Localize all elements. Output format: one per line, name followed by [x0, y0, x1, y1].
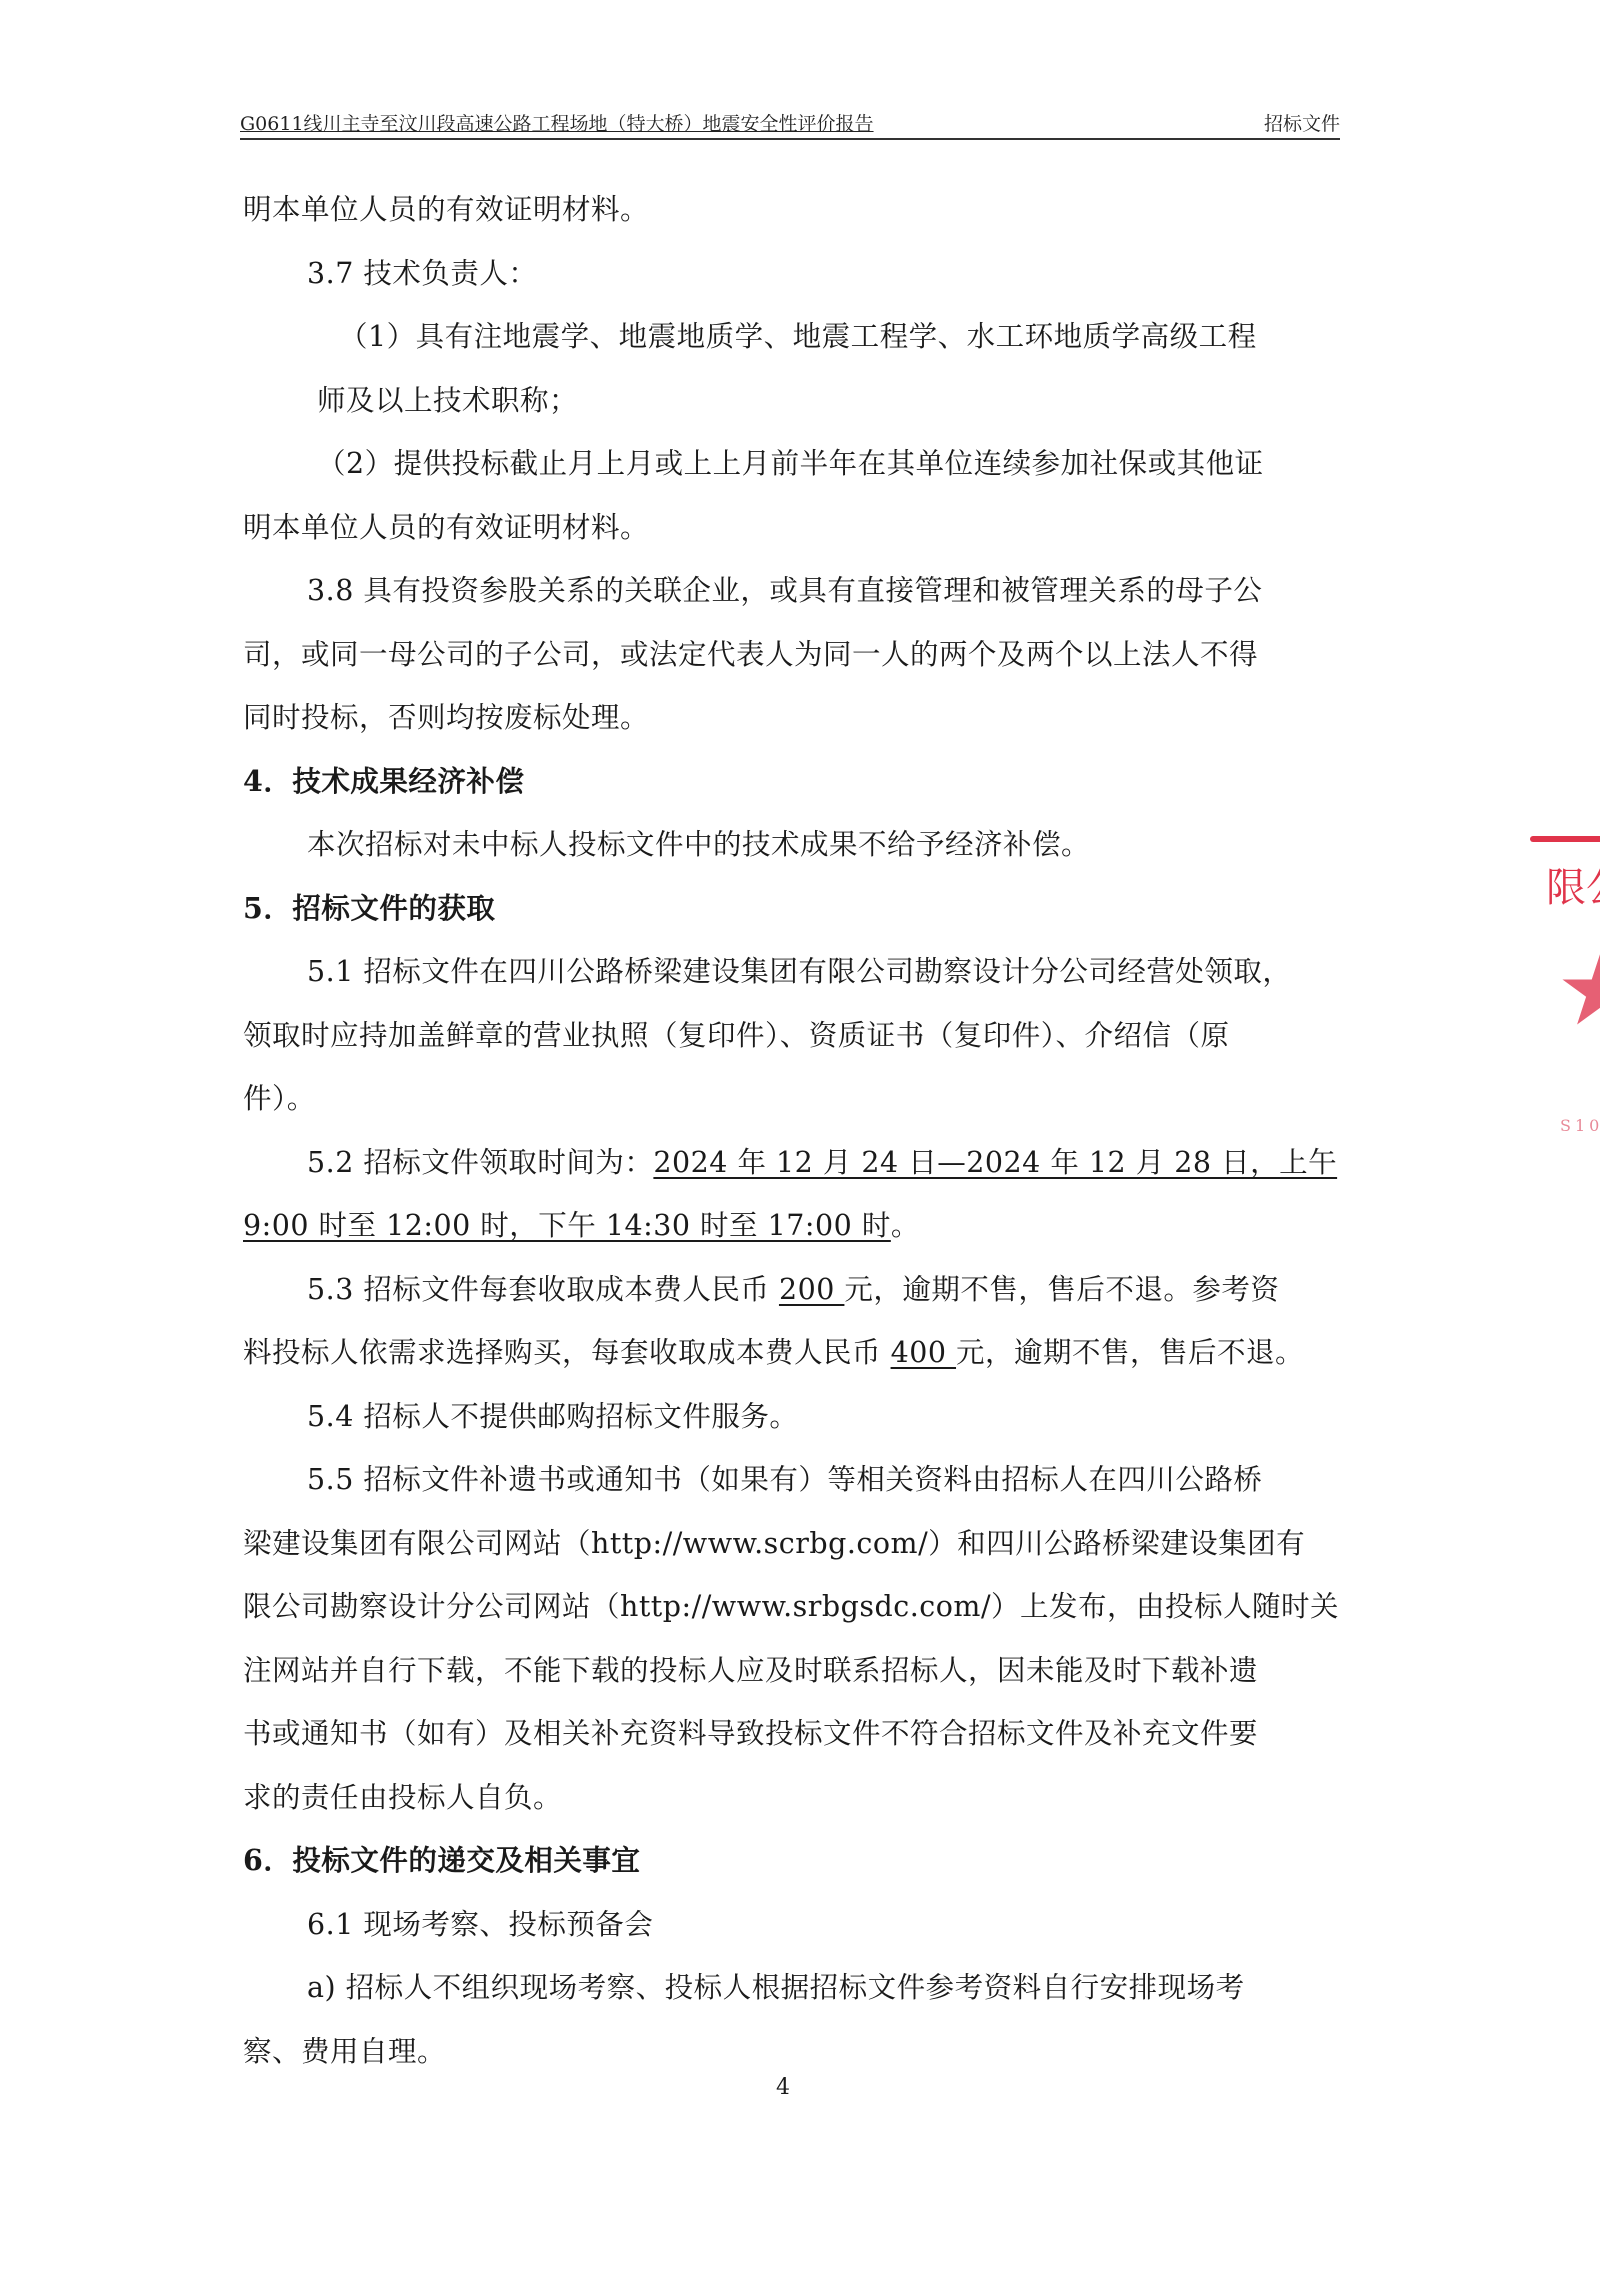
paragraph-line: 料投标人依需求选择购买，每套收取成本费人民币 400 元，逾期不售，售后不退。 — [243, 1321, 1358, 1385]
paragraph-line: （2）提供投标截止月上月或上上月前半年在其单位连续参加社保或其他证 — [243, 432, 1358, 496]
paragraph-line: 梁建设集团有限公司网站（http://www.scrbg.com/）和四川公路桥… — [243, 1512, 1358, 1576]
page-header: G0611线川主寺至汶川段高速公路工程场地（特大桥）地震安全性评价报告 招标文件 — [240, 108, 1340, 140]
paragraph-line: 同时投标，否则均按废标处理。 — [243, 686, 1358, 750]
seal-number: S101 — [1560, 1116, 1600, 1135]
paragraph-line: 察、费用自理。 — [243, 2020, 1358, 2084]
section-5-3: 5.3 招标文件每套收取成本费人民币 200 元，逾期不售，售后不退。参考资 — [243, 1258, 1358, 1322]
text: 料投标人依需求选择购买，每套收取成本费人民币 — [243, 1336, 891, 1369]
paragraph-line: 件）。 — [243, 1067, 1358, 1131]
paragraph-line: 注网站并自行下载，不能下载的投标人应及时联系招标人，因未能及时下载补遗 — [243, 1639, 1358, 1703]
heading-5: 5．招标文件的获取 — [243, 877, 1358, 941]
section-5-5: 5.5 招标文件补遗书或通知书（如果有）等相关资料由招标人在四川公路桥 — [243, 1448, 1358, 1512]
paragraph-line: 书或通知书（如有）及相关补充资料导致投标文件不符合招标文件及补充文件要 — [243, 1702, 1358, 1766]
text: 。 — [891, 1209, 920, 1242]
heading-6: 6．投标文件的递交及相关事宜 — [243, 1829, 1358, 1893]
section-6-1: 6.1 现场考察、投标预备会 — [243, 1893, 1358, 1957]
section-3-7: 3.7 技术负责人： — [243, 242, 1358, 306]
text: 元，逾期不售，售后不退。参考资 — [844, 1273, 1279, 1306]
date-range: 2024 年 12 月 24 日—2024 年 12 月 28 日，上午 — [653, 1146, 1337, 1179]
paragraph-line: 明本单位人员的有效证明材料。 — [243, 496, 1358, 560]
seal-text: 限公司 — [1546, 856, 1600, 913]
company-seal-stamp: 限公司 ★ S101 — [1520, 828, 1600, 1158]
page-number: 4 — [776, 2075, 790, 2100]
section-5-1: 5.1 招标文件在四川公路桥梁建设集团有限公司勘察设计分公司经营处领取， — [243, 940, 1358, 1004]
header-title: G0611线川主寺至汶川段高速公路工程场地（特大桥）地震安全性评价报告 — [240, 109, 874, 136]
text: 5.2 招标文件领取时间为： — [307, 1146, 653, 1179]
paragraph-line: （1）具有注地震学、地震地质学、地震工程学、水工环地质学高级工程 — [243, 305, 1358, 369]
paragraph-line: 司，或同一母公司的子公司，或法定代表人为同一人的两个及两个以上法人不得 — [243, 623, 1358, 687]
section-3-8: 3.8 具有投资参股关系的关联企业，或具有直接管理和被管理关系的母子公 — [243, 559, 1358, 623]
section-5-2: 5.2 招标文件领取时间为：2024 年 12 月 24 日—2024 年 12… — [243, 1131, 1358, 1195]
section-5-4: 5.4 招标人不提供邮购招标文件服务。 — [243, 1385, 1358, 1449]
time-range: 9:00 时至 12:00 时，下午 14:30 时至 17:00 时 — [243, 1209, 891, 1242]
text: 元，逾期不售，售后不退。 — [956, 1336, 1304, 1369]
paragraph-line: 求的责任由投标人自负。 — [243, 1766, 1358, 1830]
paragraph-line: 领取时应持加盖鲜章的营业执照（复印件）、资质证书（复印件）、介绍信（原 — [243, 1004, 1358, 1068]
price-200: 200 — [779, 1273, 844, 1306]
paragraph-line: 9:00 时至 12:00 时，下午 14:30 时至 17:00 时。 — [243, 1194, 1358, 1258]
paragraph-line: 明本单位人员的有效证明材料。 — [243, 178, 1358, 242]
star-icon: ★ — [1556, 940, 1600, 1040]
seal-border — [1530, 836, 1600, 842]
paragraph-line: 本次招标对未中标人投标文件中的技术成果不给予经济补偿。 — [243, 813, 1358, 877]
text: 5.3 招标文件每套收取成本费人民币 — [307, 1273, 779, 1306]
item-a: a) 招标人不组织现场考察、投标人根据招标文件参考资料自行安排现场考 — [243, 1956, 1358, 2020]
document-body: 明本单位人员的有效证明材料。 3.7 技术负责人： （1）具有注地震学、地震地质… — [243, 178, 1358, 2083]
paragraph-line: 师及以上技术职称； — [243, 369, 1358, 433]
heading-4: 4．技术成果经济补偿 — [243, 750, 1358, 814]
header-doc-type: 招标文件 — [1264, 109, 1340, 136]
price-400: 400 — [891, 1336, 956, 1369]
paragraph-line: 限公司勘察设计分公司网站（http://www.srbgsdc.com/）上发布… — [243, 1575, 1358, 1639]
